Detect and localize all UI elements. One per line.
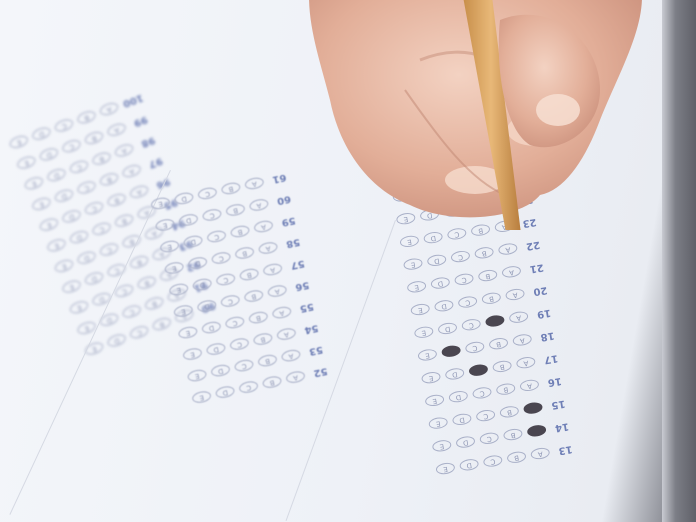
answer-bubble-d[interactable]: D bbox=[61, 208, 83, 225]
answer-bubble-a[interactable]: A bbox=[98, 101, 120, 118]
answer-bubble-d[interactable]: D bbox=[210, 363, 231, 378]
answer-bubble-c[interactable]: C bbox=[121, 303, 143, 320]
answer-bubble-e[interactable]: E bbox=[177, 325, 198, 340]
answer-bubble-d[interactable]: D bbox=[430, 276, 450, 290]
answer-bubble-d[interactable]: D bbox=[106, 332, 128, 349]
answer-bubble-c[interactable]: C bbox=[454, 272, 474, 286]
question-number: 56 bbox=[290, 278, 314, 293]
answer-bubble-b[interactable]: B bbox=[225, 203, 246, 218]
answer-bubble-d[interactable]: D bbox=[201, 320, 222, 335]
answer-bubble-c[interactable]: C bbox=[206, 229, 227, 244]
answer-bubble-d[interactable]: D bbox=[76, 249, 98, 266]
column-divider bbox=[9, 170, 171, 515]
question-number: 60 bbox=[272, 192, 296, 207]
answer-bubble-e[interactable]: E bbox=[421, 371, 441, 385]
answer-bubble-e[interactable]: E bbox=[417, 348, 437, 362]
answer-bubble-e[interactable]: E bbox=[23, 175, 45, 192]
answer-bubble-e[interactable]: E bbox=[16, 154, 38, 171]
answer-bubble-e[interactable]: E bbox=[38, 216, 60, 233]
question-number: 99 bbox=[128, 112, 152, 130]
answer-bubble-a[interactable]: A bbox=[505, 288, 525, 302]
answer-bubble-d[interactable]: D bbox=[423, 231, 443, 245]
answer-bubble-e[interactable]: E bbox=[414, 325, 434, 339]
answer-bubble-c[interactable]: C bbox=[475, 409, 495, 423]
answer-bubble-a[interactable]: A bbox=[285, 370, 306, 385]
answer-bubble-d[interactable]: D bbox=[196, 299, 217, 314]
question-number: 53 bbox=[304, 343, 328, 358]
answer-bubble-b[interactable]: B bbox=[136, 274, 158, 291]
answer-bubble-c[interactable]: C bbox=[128, 324, 150, 341]
answer-bubble-a[interactable]: A bbox=[276, 327, 297, 342]
answer-bubble-e[interactable]: E bbox=[403, 257, 423, 271]
answer-bubble-a[interactable]: A bbox=[128, 183, 150, 200]
answer-bubble-b[interactable]: B bbox=[492, 359, 512, 373]
question-number: 55 bbox=[295, 300, 319, 315]
answer-bubble-c[interactable]: C bbox=[83, 200, 105, 217]
answer-bubble-c[interactable]: C bbox=[465, 341, 485, 355]
answer-bubble-b[interactable]: B bbox=[478, 269, 498, 283]
answer-bubble-c[interactable]: C bbox=[197, 186, 218, 201]
answer-bubble-d[interactable]: D bbox=[83, 270, 105, 287]
answer-bubble-a[interactable]: A bbox=[271, 305, 292, 320]
answer-bubble-e[interactable]: E bbox=[187, 368, 208, 383]
answer-bubble-c[interactable]: C bbox=[220, 294, 241, 309]
answer-bubble-d[interactable]: D bbox=[38, 146, 60, 163]
answer-bubble-c[interactable]: C bbox=[483, 454, 503, 468]
answer-bubble-c[interactable]: C bbox=[479, 431, 499, 445]
answer-bubble-d[interactable]: D bbox=[31, 125, 53, 142]
answer-bubble-b[interactable]: B bbox=[98, 171, 120, 188]
answer-bubble-e[interactable]: E bbox=[182, 347, 203, 362]
answer-bubble-d[interactable]: D bbox=[441, 344, 461, 358]
answer-bubble-c[interactable]: C bbox=[234, 358, 255, 373]
answer-bubble-b[interactable]: B bbox=[506, 450, 526, 464]
question-number: 15 bbox=[547, 397, 570, 411]
answer-bubble-b[interactable]: B bbox=[248, 310, 269, 325]
question-number: 100 bbox=[121, 91, 145, 109]
answer-bubble-c[interactable]: C bbox=[91, 220, 113, 237]
answer-bubble-c[interactable]: C bbox=[215, 272, 236, 287]
answer-bubble-d[interactable]: D bbox=[183, 234, 204, 249]
answer-bubble-b[interactable]: B bbox=[113, 212, 135, 229]
answer-bubble-d[interactable]: D bbox=[205, 342, 226, 357]
answer-bubble-a[interactable]: A bbox=[121, 163, 143, 180]
answer-bubble-c[interactable]: C bbox=[229, 337, 250, 352]
answer-bubble-d[interactable]: D bbox=[192, 277, 213, 292]
answer-bubble-b[interactable]: B bbox=[83, 130, 105, 147]
answer-bubble-e[interactable]: E bbox=[68, 299, 90, 316]
question-number: 19 bbox=[532, 306, 555, 320]
answer-bubble-a[interactable]: A bbox=[501, 265, 521, 279]
answer-bubble-b[interactable]: B bbox=[474, 246, 494, 260]
answer-bubble-e[interactable]: E bbox=[432, 439, 452, 453]
answer-bubble-d[interactable]: D bbox=[448, 390, 468, 404]
answer-bubble-b[interactable]: B bbox=[257, 353, 278, 368]
answer-bubble-c[interactable]: C bbox=[457, 295, 477, 309]
answer-bubble-d[interactable]: D bbox=[437, 322, 457, 336]
answer-bubble-e[interactable]: E bbox=[31, 196, 53, 213]
answer-bubble-c[interactable]: C bbox=[472, 386, 492, 400]
question-number: 57 bbox=[286, 257, 310, 272]
answer-bubble-a[interactable]: A bbox=[258, 241, 279, 256]
answer-bubble-b[interactable]: B bbox=[503, 428, 523, 442]
answer-bubble-c[interactable]: C bbox=[68, 158, 90, 175]
answer-bubble-c[interactable]: C bbox=[53, 117, 75, 134]
answer-bubble-a[interactable]: A bbox=[516, 356, 536, 370]
answer-bubble-b[interactable]: B bbox=[76, 109, 98, 126]
question-number: 58 bbox=[281, 235, 305, 250]
question-number: 17 bbox=[539, 352, 562, 366]
answer-bubble-d[interactable]: D bbox=[426, 253, 446, 267]
answer-bubble-b[interactable]: B bbox=[106, 192, 128, 209]
answer-bubble-c[interactable]: C bbox=[211, 251, 232, 266]
answer-bubble-a[interactable]: A bbox=[512, 333, 532, 347]
answer-bubble-c[interactable]: C bbox=[461, 318, 481, 332]
question-number: 21 bbox=[525, 261, 548, 275]
answer-bubble-b[interactable]: B bbox=[499, 405, 519, 419]
answer-bubble-b[interactable]: B bbox=[230, 224, 251, 239]
answer-bubble-b[interactable]: B bbox=[128, 254, 150, 271]
answer-bubble-e[interactable]: E bbox=[406, 280, 426, 294]
answer-bubble-c[interactable]: C bbox=[98, 241, 120, 258]
answer-bubble-e[interactable]: E bbox=[435, 462, 455, 476]
answer-bubble-b[interactable]: B bbox=[151, 316, 173, 333]
answer-bubble-d[interactable]: D bbox=[434, 299, 454, 313]
question-number: 18 bbox=[536, 329, 559, 343]
answer-bubble-d[interactable]: D bbox=[455, 435, 475, 449]
answer-bubble-a[interactable]: A bbox=[253, 219, 274, 234]
answer-bubble-b[interactable]: B bbox=[239, 267, 260, 282]
answer-bubble-d[interactable]: D bbox=[173, 191, 194, 206]
answer-bubble-a[interactable]: A bbox=[519, 378, 539, 392]
answer-bubble-b[interactable]: B bbox=[252, 332, 273, 347]
answer-bubble-a[interactable]: A bbox=[498, 242, 518, 256]
answer-bubble-e[interactable]: E bbox=[424, 393, 444, 407]
question-number: 59 bbox=[277, 214, 301, 229]
question-number: 52 bbox=[309, 364, 333, 379]
answer-bubble-e[interactable]: E bbox=[399, 234, 419, 248]
answer-bubble-c[interactable]: C bbox=[224, 315, 245, 330]
answer-bubble-d[interactable]: D bbox=[187, 256, 208, 271]
answer-bubble-d[interactable]: D bbox=[46, 167, 68, 184]
answer-bubble-b[interactable]: B bbox=[220, 181, 241, 196]
answer-bubble-a[interactable]: A bbox=[113, 142, 135, 159]
answer-bubble-e[interactable]: E bbox=[8, 134, 30, 151]
question-number: 61 bbox=[267, 170, 291, 185]
question-number: 97 bbox=[143, 153, 167, 171]
answer-bubble-a[interactable]: A bbox=[280, 348, 301, 363]
answer-bubble-a[interactable]: A bbox=[530, 447, 550, 461]
answer-bubble-d[interactable]: D bbox=[459, 458, 479, 472]
answer-bubble-c[interactable]: C bbox=[202, 208, 223, 223]
answer-bubble-b[interactable]: B bbox=[485, 314, 505, 328]
answer-bubble-b[interactable]: B bbox=[243, 289, 264, 304]
answer-bubble-b[interactable]: B bbox=[234, 246, 255, 261]
answer-bubble-d[interactable]: D bbox=[68, 229, 90, 246]
question-number: 14 bbox=[550, 420, 573, 434]
answer-bubble-c[interactable]: C bbox=[468, 363, 488, 377]
answer-bubble-a[interactable]: A bbox=[526, 424, 546, 438]
question-number: 98 bbox=[136, 133, 160, 151]
answer-bubble-e[interactable]: E bbox=[61, 278, 83, 295]
answer-bubble-d[interactable]: D bbox=[452, 412, 472, 426]
answer-bubble-e[interactable]: E bbox=[410, 303, 430, 317]
answer-bubble-e[interactable]: E bbox=[53, 258, 75, 275]
hand-with-pencil bbox=[300, 0, 670, 230]
question-number: 20 bbox=[529, 283, 552, 297]
answer-bubble-b[interactable]: B bbox=[91, 150, 113, 167]
answer-bubble-c[interactable]: C bbox=[76, 179, 98, 196]
question-number: 22 bbox=[521, 238, 544, 252]
answer-bubble-a[interactable]: A bbox=[523, 401, 543, 415]
answer-bubble-a[interactable]: A bbox=[106, 121, 128, 138]
answer-bubble-a[interactable]: A bbox=[262, 262, 283, 277]
answer-bubble-a[interactable]: A bbox=[508, 310, 528, 324]
answer-bubble-d[interactable]: D bbox=[444, 367, 464, 381]
answer-bubble-d[interactable]: D bbox=[178, 213, 199, 228]
answer-bubble-b[interactable]: B bbox=[143, 295, 165, 312]
answer-bubble-a[interactable]: A bbox=[248, 198, 269, 213]
answer-bubble-b[interactable]: B bbox=[481, 291, 501, 305]
answer-bubble-d[interactable]: D bbox=[53, 187, 75, 204]
answer-bubble-e[interactable]: E bbox=[428, 416, 448, 430]
answer-bubble-d[interactable]: D bbox=[215, 385, 236, 400]
answer-sheet-photo: EDCBA100EDCBA99EDCBA98EDCBA97EDCBA96EDCB… bbox=[0, 0, 696, 522]
answer-bubble-b[interactable]: B bbox=[488, 337, 508, 351]
answer-bubble-b[interactable]: B bbox=[495, 382, 515, 396]
question-number: 13 bbox=[554, 442, 577, 456]
answer-bubble-b[interactable]: B bbox=[262, 375, 283, 390]
answer-bubble-e[interactable]: E bbox=[191, 390, 212, 405]
answer-bubble-c[interactable]: C bbox=[61, 138, 83, 155]
question-number: 54 bbox=[299, 321, 323, 336]
answer-bubble-c[interactable]: C bbox=[450, 250, 470, 264]
answer-bubble-c[interactable]: C bbox=[238, 380, 259, 395]
desk-edge bbox=[662, 0, 696, 522]
answer-bubble-a[interactable]: A bbox=[244, 176, 265, 191]
question-number: 16 bbox=[543, 374, 566, 388]
answer-bubble-e[interactable]: E bbox=[46, 237, 68, 254]
answer-bubble-a[interactable]: A bbox=[267, 284, 288, 299]
